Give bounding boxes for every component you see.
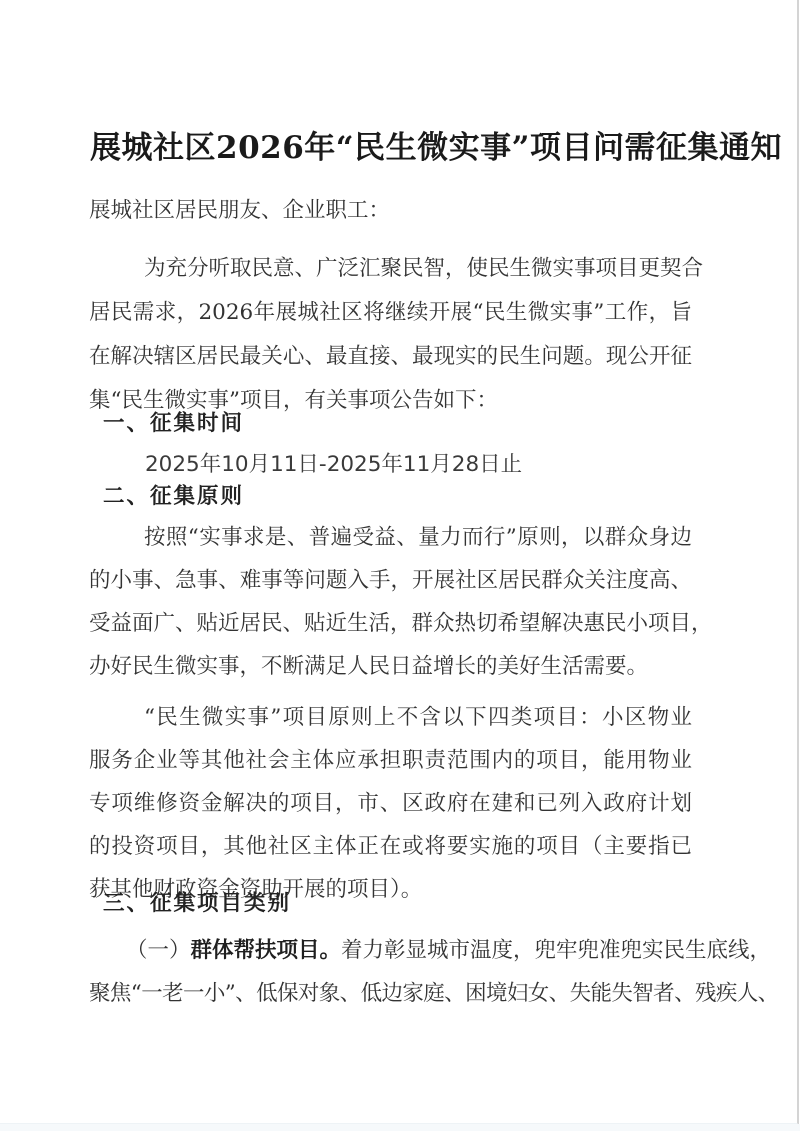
section-heading-principles: 二、征集原则 <box>103 483 244 511</box>
intro-line-2: 居民需求，2026年展城社区将继续开展“民生微实事”工作，旨 <box>89 299 692 327</box>
principles-p2-line-1: “民生微实事”项目原则上不含以下四类项目：小区物业 <box>144 704 692 732</box>
section-heading-collection-time: 一、征集时间 <box>103 410 244 438</box>
principles-p1-line-3: 受益面广、贴近居民、贴近生活，群众热切希望解决惠民小项目， <box>89 610 692 638</box>
principles-p2-line-3: 专项维修资金解决的项目，市、区政府在建和已列入政府计划 <box>89 790 692 818</box>
salutation: 展城社区居民朋友、企业职工： <box>89 197 390 225</box>
category-item-1-line-1: （一）群体帮扶项目。着力彰显城市温度，兜牢兜准兜实民生底线， <box>126 937 771 965</box>
principles-p2-line-4: 的投资项目，其他社区主体正在或将要实施的项目（主要指已 <box>89 833 692 861</box>
section-heading-project-categories: 三、征集项目类别 <box>103 890 291 918</box>
intro-line-3: 在解决辖区居民最关心、最直接、最现实的民生问题。现公开征 <box>89 343 692 371</box>
principles-p1-line-4: 办好民生微实事，不断满足人民日益增长的美好生活需要。 <box>89 653 648 681</box>
document-page: 展城社区2026年“民生微实事”项目问需征集通知 展城社区居民朋友、企业职工： … <box>0 0 799 1125</box>
intro-line-1: 为充分听取民意、广泛汇聚民智，使民生微实事项目更契合 <box>144 255 692 283</box>
scan-edge <box>0 1124 800 1131</box>
collection-date-range: 2025年10月11日-2025年11月28日止 <box>145 451 522 479</box>
category-item-1-prefix: （一） <box>126 938 191 963</box>
document-title: 展城社区2026年“民生微实事”项目问需征集通知 <box>90 128 770 168</box>
category-item-1-text: 着力彰显城市温度，兜牢兜准兜实民生底线， <box>341 938 771 963</box>
principles-p1-line-2: 的小事、急事、难事等问题入手，开展社区居民群众关注度高、 <box>89 567 692 595</box>
category-item-1-label: 群体帮扶项目。 <box>191 938 342 963</box>
principles-p2-line-2: 服务企业等其他社会主体应承担职责范围内的项目，能用物业 <box>89 747 692 775</box>
category-item-1-line-2: 聚焦“一老一小”、低保对象、低边家庭、困境妇女、失能失智者、残疾人、 <box>89 980 779 1008</box>
principles-p1-line-1: 按照“实事求是、普遍受益、量力而行”原则，以群众身边 <box>144 524 692 552</box>
